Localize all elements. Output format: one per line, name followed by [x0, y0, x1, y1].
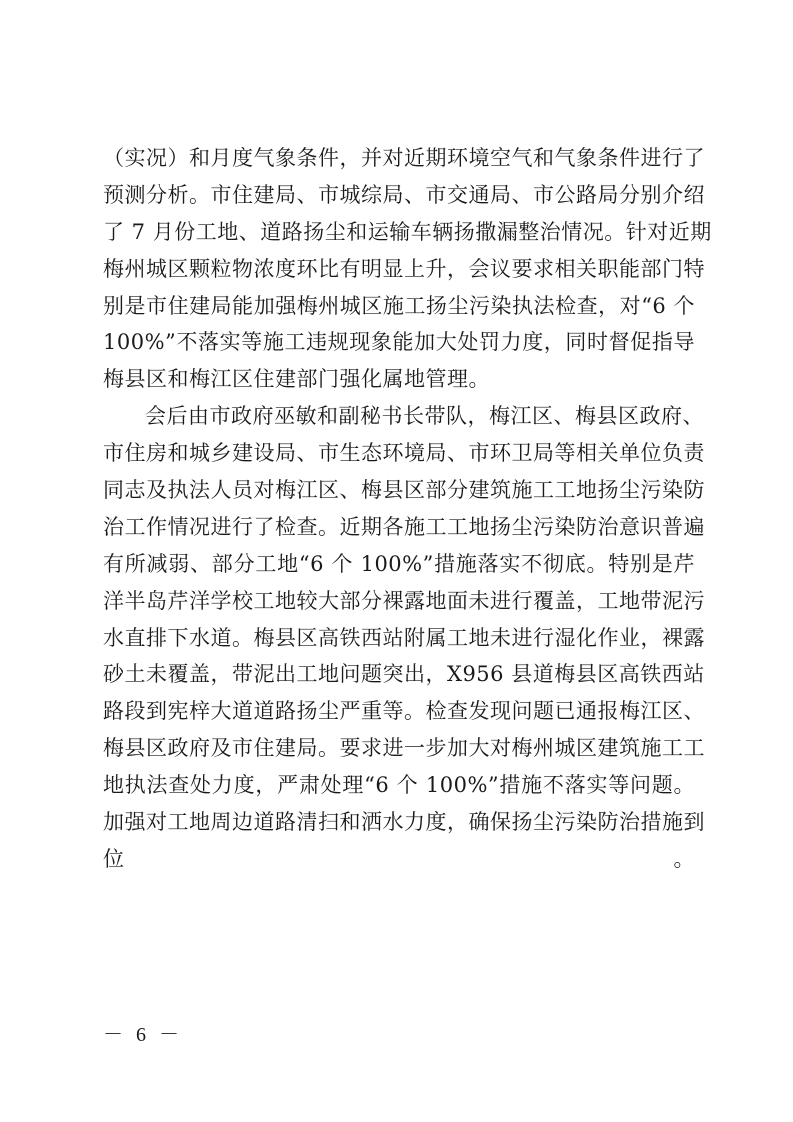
paragraph-1: （实况）和月度气象条件，并对近期环境空气和气象条件进行了 预测分析。市住建局、市…	[103, 140, 695, 398]
page-number: － 6 －	[103, 1018, 183, 1047]
text-line: 路段到宪梓大道道路扬尘严重等。检查发现问题已通报梅江区、	[103, 693, 695, 730]
text-line: 会后由市政府巫敏和副秘书长带队，梅江区、梅县区政府、	[103, 398, 695, 435]
text-line: 预测分析。市住建局、市城综局、市交通局、市公路局分别介绍	[103, 177, 695, 214]
text-line: 100%”不落实等施工违规现象能加大处罚力度，同时督促指导	[103, 324, 695, 361]
text-line: 洋半岛芹洋学校工地较大部分裸露地面未进行覆盖，工地带泥污	[103, 583, 695, 620]
text-line: 别是市住建局能加强梅州城区施工扬尘污染执法检查，对“6 个	[103, 288, 695, 325]
text-line: 梅县区和梅江区住建部门强化属地管理。	[103, 361, 695, 398]
text-line: 砂土未覆盖，带泥出工地问题突出，X956 县道梅县区高铁西站	[103, 656, 695, 693]
text-line	[103, 878, 695, 915]
text-line: 水直排下水道。梅县区高铁西站附属工地未进行湿化作业，裸露	[103, 620, 695, 657]
text-line: 市住房和城乡建设局、市生态环境局、市环卫局等相关单位负责	[103, 435, 695, 472]
text-line: 了 7 月份工地、道路扬尘和运输车辆扬撒漏整治情况。针对近期	[103, 214, 695, 251]
document-body: （实况）和月度气象条件，并对近期环境空气和气象条件进行了 预测分析。市住建局、市…	[103, 140, 695, 915]
text-line: 同志及执法人员对梅江区、梅县区部分建筑施工工地扬尘污染防	[103, 472, 695, 509]
text-line: 梅州城区颗粒物浓度环比有明显上升，会议要求相关职能部门特	[103, 251, 695, 288]
text-line: 有所减弱、部分工地“6 个 100%”措施落实不彻底。特别是芹	[103, 546, 695, 583]
document-page: （实况）和月度气象条件，并对近期环境空气和气象条件进行了 预测分析。市住建局、市…	[0, 0, 793, 1122]
paragraph-2: 会后由市政府巫敏和副秘书长带队，梅江区、梅县区政府、 市住房和城乡建设局、市生态…	[103, 398, 695, 914]
text-line: 梅县区政府及市住建局。要求进一步加大对梅州城区建筑施工工	[103, 730, 695, 767]
text-line: 治工作情况进行了检查。近期各施工工地扬尘污染防治意识普遍	[103, 509, 695, 546]
text-line: 地执法查处力度，严肃处理“6 个 100%”措施不落实等问题。	[103, 767, 695, 804]
text-line: 位。	[103, 841, 695, 878]
text-line: （实况）和月度气象条件，并对近期环境空气和气象条件进行了	[103, 140, 695, 177]
text-line: 加强对工地周边道路清扫和洒水力度，确保扬尘污染防治措施到	[103, 804, 695, 841]
